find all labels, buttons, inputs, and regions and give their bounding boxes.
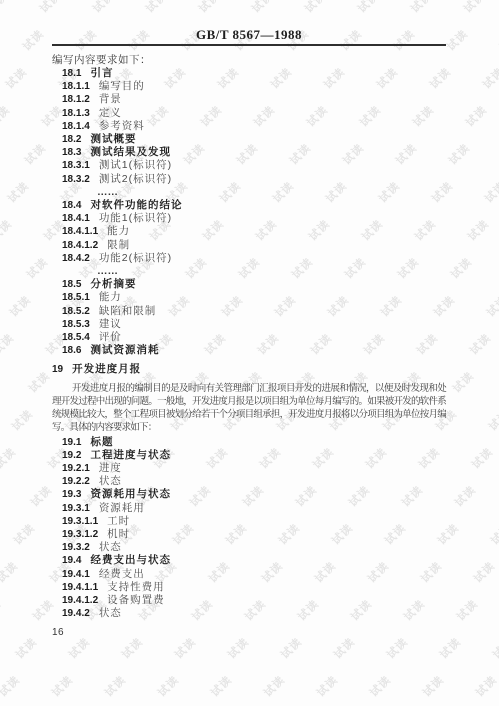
section-19-paragraph: 开发进度月报的编制目的是及时向有关管理部门汇报项目开发的进展和情况，以便及时发现…: [52, 383, 446, 434]
toc-item: 19.4.1.2设备购置费: [52, 594, 446, 607]
ellipsis-dots: ……: [97, 265, 118, 277]
trial-read-watermark: 试读: [0, 482, 2, 510]
toc-item-title: 编写目的: [99, 80, 145, 92]
toc-item-title: 支持性费用: [107, 581, 165, 593]
trial-read-watermark: 试读: [0, 558, 21, 586]
trial-read-watermark: 试读: [101, 672, 129, 700]
toc-item: 19.4经费支出与状态: [52, 554, 446, 567]
toc-item-title: 引言: [90, 67, 113, 79]
toc-item: 18.4.1.2限制: [52, 239, 446, 252]
toc-item-title: 资源耗用: [99, 502, 145, 514]
trial-read-watermark: 试读: [481, 178, 499, 206]
trial-read-watermark: 试读: [479, 64, 499, 92]
header-rule: [52, 44, 446, 46]
trial-read-watermark: 试读: [468, 444, 496, 472]
toc-item: 18.6测试资源消耗: [52, 344, 446, 357]
trial-read-watermark: 试读: [10, 520, 38, 548]
trial-read-watermark: 试读: [154, 672, 182, 700]
toc-item: 18.1.1编写目的: [52, 80, 446, 93]
trial-read-watermark: 试读: [0, 596, 4, 624]
trial-read-watermark: 试读: [436, 634, 464, 662]
trial-read-watermark: 试读: [8, 406, 36, 434]
trial-read-watermark: 试读: [277, 634, 305, 662]
toc-item: 18.5.1能力: [52, 291, 446, 304]
toc-item: 18.3.2测试2(标识符): [52, 173, 446, 186]
toc-section-18: 18.1引言 18.1.1编写目的 18.1.2背景 18.1.3定义 18.1…: [52, 67, 446, 357]
toc-item: 18.2测试概要: [52, 133, 446, 146]
toc-item: 19.2.1进度: [52, 462, 446, 475]
toc-ellipsis: ……: [52, 265, 446, 278]
toc-item-title: 经费支出: [99, 568, 145, 580]
toc-item-number: 19.3.1: [62, 503, 90, 514]
trial-read-watermark: 试读: [2, 64, 30, 92]
toc-item-title: 标题: [90, 436, 113, 448]
trial-read-watermark: 试读: [447, 254, 475, 282]
toc-item-title: 状态: [99, 475, 122, 487]
toc-item-number: 18.6: [62, 345, 81, 356]
toc-item: 18.1.2背景: [52, 93, 446, 106]
trial-read-watermark: 试读: [460, 0, 488, 16]
toc-section-19: 19.1标题 19.2工程进度与状态 19.2.1进度 19.2.2状态 19.…: [52, 436, 446, 621]
toc-item-number: 18.5.3: [62, 319, 90, 330]
trial-read-watermark: 试读: [419, 672, 447, 700]
toc-item-title: 建议: [99, 318, 122, 330]
toc-item: 18.4对软件功能的结论: [52, 199, 446, 212]
toc-item-number: 18.5: [62, 279, 81, 290]
toc-item: 18.5.2缺陷和限制: [52, 305, 446, 318]
trial-read-watermark: 试读: [224, 634, 252, 662]
paragraph-line: 开发进度月报的编制目的是及时向有关管理部门汇报项目开发的进展和情况，以便及时发现…: [52, 383, 446, 396]
toc-item: 19.2.2状态: [52, 475, 446, 488]
trial-read-watermark: 试读: [462, 102, 490, 130]
toc-item-title: 功能1(标识符): [99, 212, 172, 224]
toc-item-number: 18.5.4: [62, 332, 90, 343]
trial-read-watermark: 试读: [6, 292, 34, 320]
toc-item-title: 评价: [99, 331, 122, 343]
toc-item-title: 经费支出与状态: [90, 554, 171, 566]
toc-item-title: 测试结果及发现: [90, 146, 171, 158]
trial-read-watermark: 试读: [449, 368, 477, 396]
toc-item-number: 18.1.1: [62, 81, 90, 92]
section-19-number: 19: [52, 364, 63, 375]
toc-item-number: 19.4.1.2: [62, 595, 98, 606]
toc-item: 18.4.2功能2(标识符): [52, 252, 446, 265]
trial-read-watermark: 试读: [21, 140, 49, 168]
toc-item: 18.5分析摘要: [52, 278, 446, 291]
toc-item-title: 定义: [99, 107, 122, 119]
toc-item-number: 18.4.1: [62, 213, 90, 224]
toc-item-number: 18.4: [62, 200, 81, 211]
trial-read-watermark: 试读: [0, 672, 23, 700]
toc-item-number: 19.4.1: [62, 569, 90, 580]
toc-item-title: 能力: [99, 291, 122, 303]
paragraph-line: 写。具体的内容要求如下：: [52, 422, 446, 435]
trial-read-watermark: 试读: [483, 292, 499, 320]
trial-read-watermark: 试读: [445, 140, 473, 168]
trial-read-watermark: 试读: [0, 444, 19, 472]
toc-item: 19.3.2状态: [52, 541, 446, 554]
toc-item-number: 19.1: [62, 437, 81, 448]
trial-read-watermark: 试读: [65, 634, 93, 662]
trial-read-watermark: 试读: [0, 102, 13, 130]
trial-read-watermark: 试读: [366, 672, 394, 700]
toc-item-number: 18.2: [62, 134, 81, 145]
trial-read-watermark: 试读: [470, 558, 498, 586]
toc-item: 18.4.1功能1(标识符): [52, 212, 446, 225]
toc-item-title: 机时: [107, 528, 130, 540]
toc-item-number: 18.1: [62, 68, 81, 79]
page-content: GB/T 8567—1988 编写内容要求如下： 18.1引言 18.1.1编写…: [52, 0, 446, 638]
trial-read-watermark: 试读: [472, 672, 499, 700]
toc-item-number: 19.2: [62, 450, 81, 461]
toc-item-title: 设备购置费: [107, 594, 165, 606]
trial-read-watermark: 试读: [330, 634, 358, 662]
intro-line: 编写内容要求如下：: [52, 54, 446, 67]
toc-item-number: 19.2.2: [62, 476, 90, 487]
trial-read-watermark: 试读: [485, 406, 499, 434]
toc-item: 19.1标题: [52, 436, 446, 449]
toc-item-number: 18.5.1: [62, 292, 90, 303]
toc-ellipsis: ……: [52, 186, 446, 199]
toc-item-title: 测试资源消耗: [90, 344, 159, 356]
toc-item: 19.3.1.2机时: [52, 528, 446, 541]
toc-item-number: 18.1.4: [62, 121, 90, 132]
toc-item: 18.3测试结果及发现: [52, 146, 446, 159]
trial-read-watermark: 试读: [464, 216, 492, 244]
toc-item: 18.1.4参考资料: [52, 120, 446, 133]
paragraph-line: 理开发过程中出现的问题。一般地，开发进度月报是以项目组为单位每月编写的。如果被开…: [52, 396, 446, 409]
toc-item-number: 18.5.2: [62, 306, 90, 317]
section-19-heading: 19开发进度月报: [52, 362, 446, 377]
trial-read-watermark: 试读: [451, 482, 479, 510]
trial-read-watermark: 试读: [25, 368, 53, 396]
toc-item-number: 18.4.1.1: [62, 226, 98, 237]
toc-item-title: 工程进度与状态: [90, 449, 171, 461]
toc-item-title: 测试1(标识符): [99, 159, 172, 171]
trial-read-watermark: 试读: [443, 26, 471, 54]
toc-item: 18.4.1.1能力: [52, 225, 446, 238]
toc-item-title: 缺陷和限制: [99, 305, 157, 317]
toc-item-title: 工时: [107, 515, 130, 527]
toc-item-title: 功能2(标识符): [99, 252, 172, 264]
trial-read-watermark: 试读: [487, 520, 499, 548]
toc-item-title: 进度: [99, 462, 122, 474]
toc-item: 18.3.1测试1(标识符): [52, 159, 446, 172]
toc-item-title: 对软件功能的结论: [90, 199, 182, 211]
toc-item: 19.4.2状态: [52, 607, 446, 620]
toc-item-title: 参考资料: [99, 120, 145, 132]
page-number: 16: [52, 627, 446, 638]
toc-item: 18.5.4评价: [52, 331, 446, 344]
trial-read-watermark: 试读: [171, 634, 199, 662]
toc-item: 18.1引言: [52, 67, 446, 80]
toc-item-number: 19.2.1: [62, 463, 90, 474]
toc-item: 19.4.1经费支出: [52, 568, 446, 581]
trial-read-watermark: 试读: [466, 330, 494, 358]
trial-read-watermark: 试读: [27, 482, 55, 510]
toc-item-number: 18.4.1.2: [62, 240, 98, 251]
toc-item-number: 19.3.1.1: [62, 516, 98, 527]
trial-read-watermark: 试读: [0, 330, 17, 358]
toc-item-number: 19.3.1.2: [62, 529, 98, 540]
trial-read-watermark: 试读: [453, 596, 481, 624]
trial-read-watermark: 试读: [489, 634, 499, 662]
ellipsis-dots: ……: [97, 186, 118, 198]
trial-read-watermark: 试读: [4, 178, 32, 206]
toc-item-number: 18.1.3: [62, 108, 90, 119]
toc-item-number: 19.3.2: [62, 542, 90, 553]
toc-item-number: 19.4: [62, 555, 81, 566]
toc-item-title: 测试2(标识符): [99, 173, 172, 185]
standard-number: GB/T 8567—1988: [52, 27, 446, 42]
trial-read-watermark: 试读: [118, 634, 146, 662]
toc-item: 19.2工程进度与状态: [52, 449, 446, 462]
toc-item: 18.5.3建议: [52, 318, 446, 331]
toc-item-title: 资源耗用与状态: [90, 488, 171, 500]
toc-item-number: 19.4.2: [62, 608, 90, 619]
toc-item-number: 18.1.2: [62, 94, 90, 105]
trial-read-watermark: 试读: [313, 672, 341, 700]
trial-read-watermark: 试读: [0, 0, 11, 16]
paragraph-line: 统规模比较大，整个工程项目被划分给若干个分项目组承担，开发进度月报将以分项目组为…: [52, 409, 446, 422]
trial-read-watermark: 试读: [23, 254, 51, 282]
toc-item-number: 18.4.2: [62, 253, 90, 264]
toc-item: 19.3资源耗用与状态: [52, 488, 446, 501]
toc-item-title: 背景: [99, 93, 122, 105]
trial-read-watermark: 试读: [260, 672, 288, 700]
trial-read-watermark: 试读: [48, 672, 76, 700]
toc-item-number: 18.3.1: [62, 160, 90, 171]
toc-item-number: 18.3: [62, 147, 81, 158]
toc-item-title: 状态: [99, 541, 122, 553]
toc-item-title: 分析摘要: [90, 278, 136, 290]
trial-read-watermark: 试读: [383, 634, 411, 662]
trial-read-watermark: 试读: [19, 26, 47, 54]
toc-item: 18.1.3定义: [52, 107, 446, 120]
toc-item-title: 能力: [107, 225, 130, 237]
toc-item-title: 限制: [107, 239, 130, 251]
trial-read-watermark: 试读: [207, 672, 235, 700]
trial-read-watermark: 试读: [12, 634, 40, 662]
toc-item: 19.4.1.1支持性费用: [52, 581, 446, 594]
toc-item-title: 测试概要: [90, 133, 136, 145]
toc-item-number: 19.3: [62, 489, 81, 500]
toc-item: 19.3.1.1工时: [52, 515, 446, 528]
document-page: 试读试读试读试读试读试读试读试读试读试读试读试读试读试读试读试读试读试读试读试读…: [0, 0, 499, 706]
toc-item: 19.3.1资源耗用: [52, 502, 446, 515]
toc-item-number: 18.3.2: [62, 174, 90, 185]
toc-item-number: 19.4.1.1: [62, 582, 98, 593]
section-19-title: 开发进度月报: [72, 363, 141, 375]
trial-read-watermark: 试读: [0, 216, 15, 244]
toc-item-title: 状态: [99, 607, 122, 619]
